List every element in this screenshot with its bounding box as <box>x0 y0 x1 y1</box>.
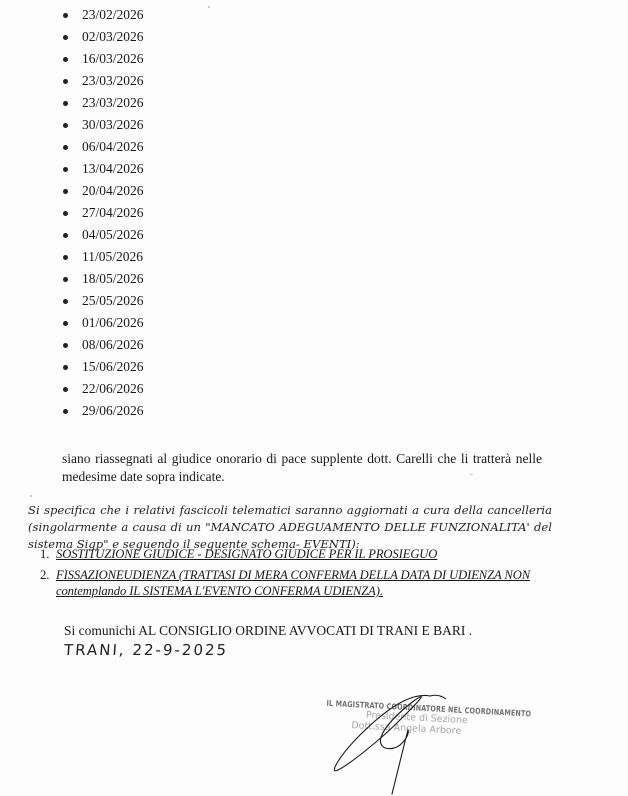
date-list-item: 06/04/2026 <box>60 136 144 158</box>
event-number: 2. <box>40 567 49 583</box>
bullet-icon <box>63 233 68 238</box>
bullet-icon <box>63 387 68 392</box>
bullet-icon <box>63 145 68 150</box>
event-item: 2.FISSAZIONEUDIENZA (TRATTASI DI MERA CO… <box>40 567 560 599</box>
bullet-icon <box>63 35 68 40</box>
date-text: 06/04/2026 <box>82 139 144 154</box>
date-list-item: 27/04/2026 <box>60 202 144 224</box>
event-text: SOSTITUZIONE GIUDICE - DESIGNATO GIUDICE… <box>56 547 437 561</box>
date-list-item: 15/06/2026 <box>60 356 144 378</box>
date-text: 16/03/2026 <box>82 51 144 66</box>
date-text: 15/06/2026 <box>82 359 144 374</box>
date-text: 23/02/2026 <box>82 7 144 22</box>
date-list-item: 16/03/2026 <box>60 48 144 70</box>
document-page: 23/02/202602/03/202616/03/202623/03/2026… <box>0 0 628 796</box>
specification-paragraph: Si specifica che i relativi fascicoli te… <box>28 502 552 553</box>
date-list-item: 23/03/2026 <box>60 92 144 114</box>
hearing-dates-list: 23/02/202602/03/202616/03/202623/03/2026… <box>60 4 144 422</box>
bullet-icon <box>63 299 68 304</box>
bullet-icon <box>63 79 68 84</box>
bullet-icon <box>63 321 68 326</box>
bullet-icon <box>63 123 68 128</box>
date-text: 13/04/2026 <box>82 161 144 176</box>
date-text: 22/06/2026 <box>82 381 144 396</box>
date-list-item: 30/03/2026 <box>60 114 144 136</box>
date-list-item: 23/02/2026 <box>60 4 144 26</box>
bullet-icon <box>63 255 68 260</box>
date-text: 25/05/2026 <box>82 293 144 308</box>
notice-line: Si comunichi AL CONSIGLIO ORDINE AVVOCAT… <box>64 622 472 640</box>
scan-speck <box>470 474 473 475</box>
bullet-icon <box>63 13 68 18</box>
date-list-item: 13/04/2026 <box>60 158 144 180</box>
bullet-icon <box>63 57 68 62</box>
bullet-icon <box>63 211 68 216</box>
event-number: 1. <box>40 546 49 562</box>
date-text: 01/06/2026 <box>82 315 144 330</box>
date-list-item: 20/04/2026 <box>60 180 144 202</box>
event-item: 1.SOSTITUZIONE GIUDICE - DESIGNATO GIUDI… <box>40 546 560 562</box>
handwritten-place-date: TRANI, 22-9-2025 <box>63 641 228 659</box>
scan-speck <box>208 6 210 8</box>
date-list-item: 25/05/2026 <box>60 290 144 312</box>
date-text: 29/06/2026 <box>82 403 144 418</box>
date-list-item: 18/05/2026 <box>60 268 144 290</box>
signature-icon <box>330 690 450 796</box>
date-text: 08/06/2026 <box>82 337 144 352</box>
date-list-item: 29/06/2026 <box>60 400 144 422</box>
date-list-item: 22/06/2026 <box>60 378 144 400</box>
reassignment-paragraph: siano riassegnati al giudice onorario di… <box>62 450 542 486</box>
date-text: 23/03/2026 <box>82 95 144 110</box>
bullet-icon <box>63 101 68 106</box>
date-list-item: 11/05/2026 <box>60 246 144 268</box>
bullet-icon <box>63 365 68 370</box>
events-list: 1.SOSTITUZIONE GIUDICE - DESIGNATO GIUDI… <box>40 546 560 604</box>
bullet-icon <box>63 343 68 348</box>
date-text: 23/03/2026 <box>82 73 144 88</box>
date-text: 02/03/2026 <box>82 29 144 44</box>
date-list-item: 02/03/2026 <box>60 26 144 48</box>
bullet-icon <box>63 277 68 282</box>
bullet-icon <box>63 189 68 194</box>
event-text: FISSAZIONEUDIENZA (TRATTASI DI MERA CONF… <box>56 568 530 598</box>
date-text: 27/04/2026 <box>82 205 144 220</box>
date-text: 11/05/2026 <box>82 249 143 264</box>
bullet-icon <box>63 409 68 414</box>
date-list-item: 01/06/2026 <box>60 312 144 334</box>
date-list-item: 04/05/2026 <box>60 224 144 246</box>
date-text: 20/04/2026 <box>82 183 144 198</box>
date-list-item: 08/06/2026 <box>60 334 144 356</box>
date-text: 04/05/2026 <box>82 227 144 242</box>
bullet-icon <box>63 167 68 172</box>
date-text: 18/05/2026 <box>82 271 144 286</box>
date-text: 30/03/2026 <box>82 117 144 132</box>
date-list-item: 23/03/2026 <box>60 70 144 92</box>
scan-speck <box>30 495 32 497</box>
